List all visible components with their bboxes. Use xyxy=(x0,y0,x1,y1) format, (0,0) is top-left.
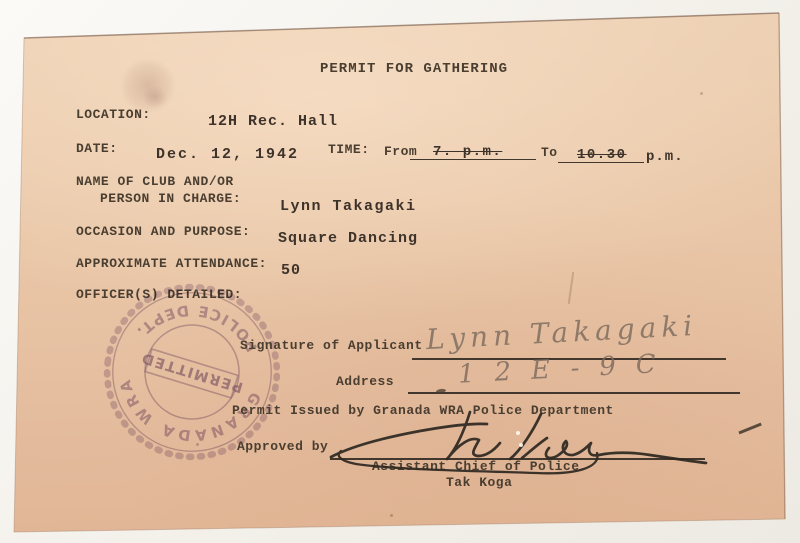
pen-mark xyxy=(738,423,761,434)
location-value: 12H Rec. Hall xyxy=(208,113,338,130)
crease-mark xyxy=(568,272,574,304)
club-label-line1: NAME OF CLUB AND/OR xyxy=(76,174,234,189)
approval-signature-ink xyxy=(315,398,715,488)
permit-paper: PERMIT FOR GATHERING LOCATION: 12H Rec. … xyxy=(0,0,800,543)
address-label: Address xyxy=(336,374,394,389)
date-value: Dec. 12, 1942 xyxy=(156,146,299,163)
signature-label: Signature of Applicant xyxy=(240,338,423,353)
time-label: TIME: xyxy=(328,142,370,157)
time-to-value: 10.30 xyxy=(577,147,627,163)
time-from-value: 7. p.m. xyxy=(433,144,502,160)
document-title: PERMIT FOR GATHERING xyxy=(320,61,508,77)
club-label-line2: PERSON IN CHARGE: xyxy=(100,191,241,206)
occasion-value: Square Dancing xyxy=(278,230,418,247)
permitted-stamp: GRANADA WRA POLICE DEPT. PERMITTED xyxy=(100,280,284,464)
club-value: Lynn Takagaki xyxy=(280,198,417,215)
dust-speck xyxy=(700,92,703,95)
attendance-label: APPROXIMATE ATTENDANCE: xyxy=(76,256,267,271)
location-label: LOCATION: xyxy=(76,107,151,122)
attendance-value: 50 xyxy=(281,262,301,279)
paper-fleck xyxy=(516,431,520,435)
date-label: DATE: xyxy=(76,141,118,156)
occasion-label: OCCASION AND PURPOSE: xyxy=(76,224,250,239)
dust-speck xyxy=(390,514,393,517)
time-suffix: p.m. xyxy=(646,149,684,165)
time-to-label: To xyxy=(541,145,558,160)
paper-fleck xyxy=(519,443,523,447)
